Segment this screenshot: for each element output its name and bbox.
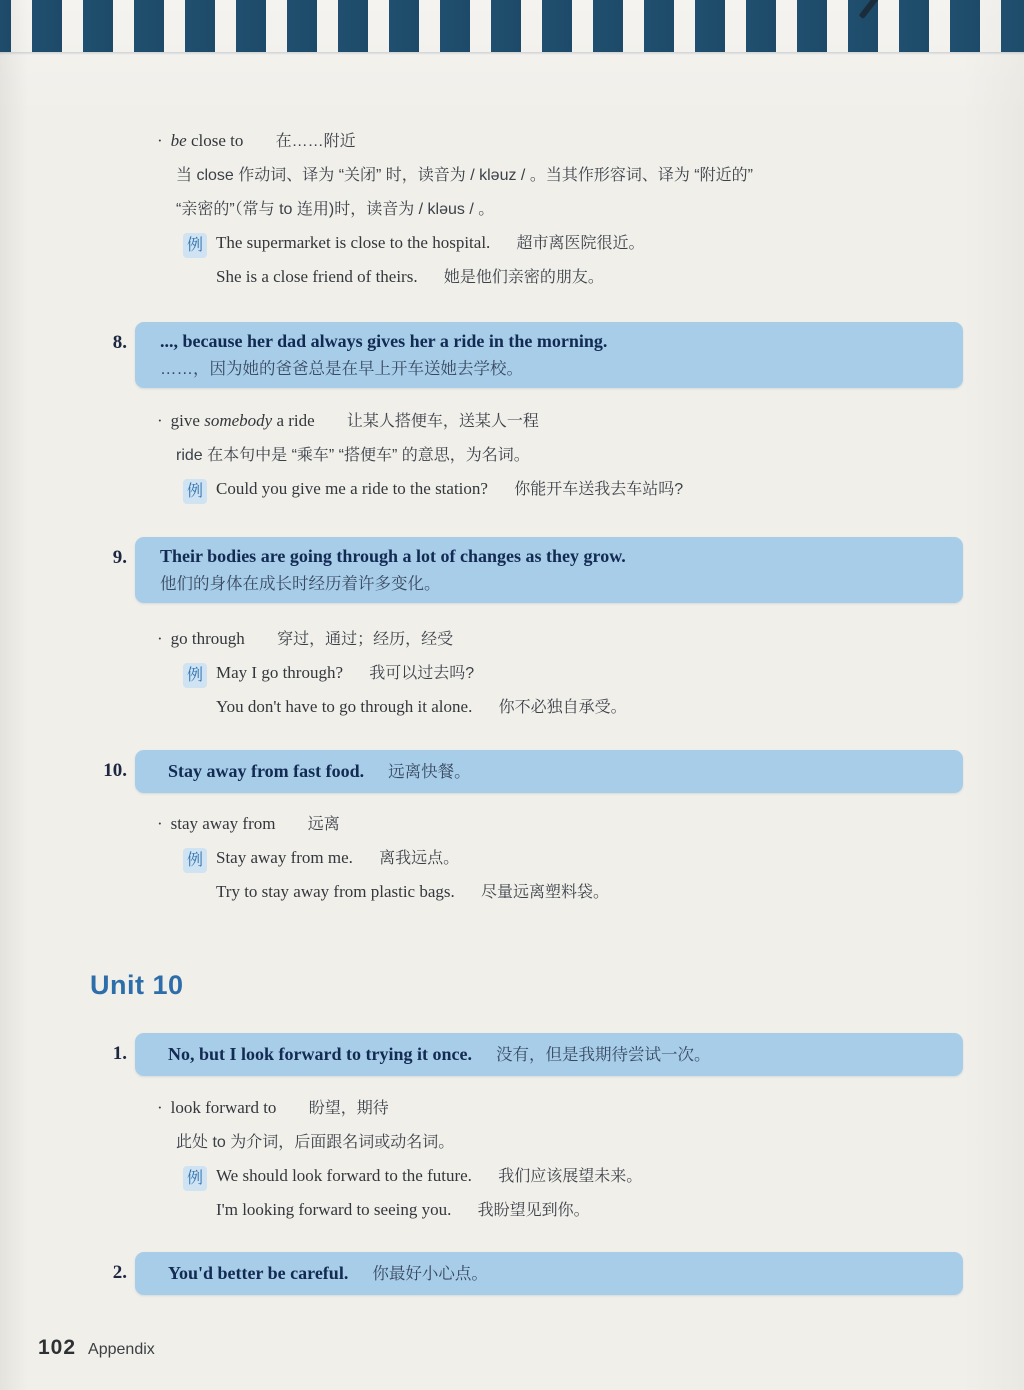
example-line: 例The supermarket is close to the hospita… [157, 226, 967, 260]
entry-10: 10. Stay away from fast food.远离快餐。 [0, 750, 1024, 793]
bullet-glyph: · [157, 1091, 163, 1124]
phrase-en-italic: somebody [204, 411, 272, 430]
textbook-page: ·be close to 在……附近 当 close 作动词、译为 “关闭” 时… [0, 0, 1024, 1390]
usage-note-line: 此处 to 为介词，后面跟名词或动名词。 [157, 1125, 967, 1159]
phrase-en-italic: be [171, 131, 187, 150]
entry-translation-zh: 他们的身体在成长时经历着许多变化。 [160, 570, 953, 598]
entry-translation-zh: 你最好小心点。 [372, 1265, 488, 1283]
phrase-meaning-zh: 穿过，通过；经历，经受 [277, 631, 453, 648]
example-zh: 离我远点。 [379, 850, 459, 867]
bullet-glyph: · [157, 404, 163, 437]
phrase-en: look forward to [171, 1098, 277, 1117]
entry-8: 8. ..., because her dad always gives her… [0, 322, 1024, 388]
example-line: She is a close friend of theirs. 她是他们亲密的… [157, 260, 967, 294]
example-line: 例May I go through? 我可以过去吗? [157, 656, 967, 690]
highlight-block: ..., because her dad always gives her a … [135, 322, 963, 388]
highlight-block: Their bodies are going through a lot of … [135, 537, 963, 603]
entry-number: 9. [0, 537, 127, 572]
entry-translation-zh: 没有，但是我期待尝试一次。 [496, 1046, 711, 1064]
usage-note-line: ride 在本句中是 “乘车” “搭便车” 的意思，为名词。 [157, 438, 967, 472]
example-zh: 你不必独自承受。 [499, 699, 627, 716]
example-en: The supermarket is close to the hospital… [216, 233, 490, 252]
entry-number: 10. [0, 750, 127, 785]
phrase-line: ·stay away from 远离 [157, 807, 967, 841]
phrase-meaning-zh: 远离 [308, 816, 340, 833]
example-line: 例Could you give me a ride to the station… [157, 472, 967, 506]
entry-sentence-en: Stay away from fast food. [168, 761, 364, 781]
phrase-line: ·go through 穿过，通过；经历，经受 [157, 622, 967, 656]
example-en: Could you give me a ride to the station? [216, 479, 488, 498]
note-stay-away-from: ·stay away from 远离 例Stay away from me. 离… [157, 807, 967, 909]
example-zh: 我盼望见到你。 [478, 1202, 590, 1219]
entry-number: 8. [0, 322, 127, 357]
example-en: She is a close friend of theirs. [216, 267, 418, 286]
phrase-en: give [171, 411, 200, 430]
example-zh: 你能开车送我去车站吗? [514, 481, 683, 498]
note-give-a-ride: ·give somebody a ride 让某人搭便车，送某人一程 ride … [157, 404, 967, 506]
phrase-line: ·be close to 在……附近 [157, 124, 967, 158]
bullet-glyph: · [157, 124, 163, 157]
entry-number: 1. [0, 1033, 127, 1068]
example-badge: 例 [183, 848, 207, 873]
note-be-close-to: ·be close to 在……附近 当 close 作动词、译为 “关闭” 时… [157, 124, 967, 294]
example-line: I'm looking forward to seeing you. 我盼望见到… [157, 1193, 967, 1227]
phrase-meaning-zh: 盼望，期待 [309, 1100, 389, 1117]
example-badge: 例 [183, 1166, 207, 1191]
example-zh: 我们应该展望未来。 [498, 1168, 642, 1185]
entry-translation-zh: ……，因为她的爸爸总是在早上开车送她去学校。 [160, 355, 953, 383]
example-en: You don't have to go through it alone. [216, 697, 472, 716]
usage-note-line: 当 close 作动词、译为 “关闭” 时，读音为 / kləuz / 。当其作… [157, 158, 967, 192]
phrase-en: close to [191, 131, 243, 150]
usage-note-zh: “亲密的”（常与 to 连用)时，读音为 / kləus / 。 [176, 201, 494, 218]
example-badge: 例 [183, 233, 207, 258]
example-zh: 我可以过去吗? [369, 665, 474, 682]
highlight-block: Stay away from fast food.远离快餐。 [135, 750, 963, 793]
example-badge: 例 [183, 663, 207, 688]
example-en: May I go through? [216, 663, 343, 682]
entry-sentence-en: ..., because her dad always gives her a … [160, 327, 953, 355]
example-en: Stay away from me. [216, 848, 353, 867]
footer-label: Appendix [88, 1341, 155, 1359]
phrase-line: ·give somebody a ride 让某人搭便车，送某人一程 [157, 404, 967, 438]
entry-translation-zh: 远离快餐。 [388, 763, 471, 781]
page-footer: 102 Appendix [38, 1336, 155, 1360]
phrase-en: a ride [276, 411, 314, 430]
example-en: I'm looking forward to seeing you. [216, 1200, 451, 1219]
phrase-en: go through [171, 629, 245, 648]
example-badge: 例 [183, 479, 207, 504]
example-line: 例We should look forward to the future. 我… [157, 1159, 967, 1193]
highlight-block: No, but I look forward to trying it once… [135, 1033, 963, 1076]
entry-9: 9. Their bodies are going through a lot … [0, 537, 1024, 603]
example-zh: 她是他们亲密的朋友。 [444, 269, 604, 286]
page-number: 102 [38, 1336, 76, 1360]
usage-note-zh: 当 close 作动词、译为 “关闭” 时，读音为 / kləuz / 。当其作… [176, 167, 753, 184]
unit-heading: Unit 10 [90, 968, 184, 1002]
example-line: You don't have to go through it alone. 你… [157, 690, 967, 724]
example-zh: 尽量远离塑料袋。 [481, 884, 609, 901]
entry-sentence-en: Their bodies are going through a lot of … [160, 542, 953, 570]
example-en: Try to stay away from plastic bags. [216, 882, 455, 901]
entry-2: 2. You'd better be careful.你最好小心点。 [0, 1252, 1024, 1295]
example-zh: 超市离医院很近。 [517, 235, 645, 252]
phrase-meaning-zh: 在……附近 [276, 133, 356, 150]
note-look-forward-to: ·look forward to 盼望，期待 此处 to 为介词，后面跟名词或动… [157, 1091, 967, 1227]
phrase-line: ·look forward to 盼望，期待 [157, 1091, 967, 1125]
entry-sentence-en: You'd better be careful. [168, 1263, 348, 1283]
phrase-en: stay away from [171, 814, 276, 833]
example-line: Try to stay away from plastic bags. 尽量远离… [157, 875, 967, 909]
entry-sentence-en: No, but I look forward to trying it once… [168, 1044, 472, 1064]
phrase-meaning-zh: 让某人搭便车，送某人一程 [347, 413, 539, 430]
highlight-block: You'd better be careful.你最好小心点。 [135, 1252, 963, 1295]
note-go-through: ·go through 穿过，通过；经历，经受 例May I go throug… [157, 622, 967, 724]
bullet-glyph: · [157, 807, 163, 840]
usage-note-zh: ride 在本句中是 “乘车” “搭便车” 的意思，为名词。 [176, 447, 530, 464]
bullet-glyph: · [157, 622, 163, 655]
usage-note-line: “亲密的”（常与 to 连用)时，读音为 / kləus / 。 [157, 192, 967, 226]
example-line: 例Stay away from me. 离我远点。 [157, 841, 967, 875]
example-en: We should look forward to the future. [216, 1166, 472, 1185]
entry-number: 2. [0, 1252, 127, 1287]
entry-1: 1. No, but I look forward to trying it o… [0, 1033, 1024, 1076]
usage-note-zh: 此处 to 为介词，后面跟名词或动名词。 [176, 1134, 454, 1151]
